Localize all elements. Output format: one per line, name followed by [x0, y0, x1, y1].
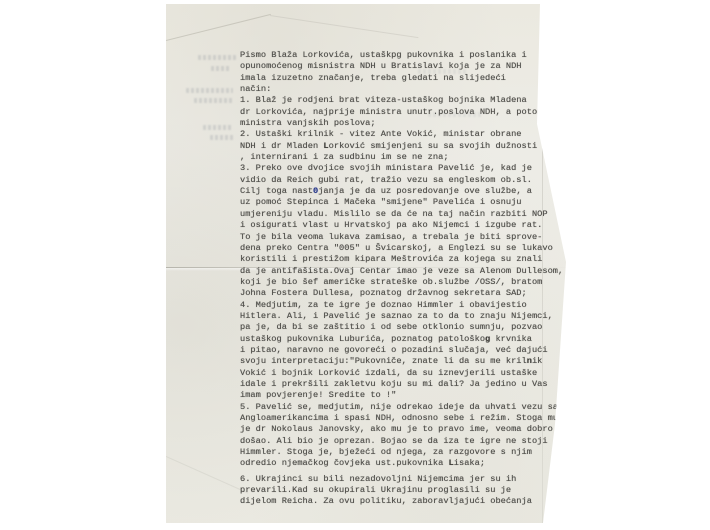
- text-line: svoju interpretaciju:"Pukovniče, znate l…: [240, 356, 567, 367]
- text-line: je dr Nokolaus Janovsky, ako mu je to pr…: [240, 424, 567, 435]
- text-segment: Cilj toga nast: [240, 186, 313, 196]
- text-segment: imam povjerenje! Sredite to !": [240, 390, 396, 400]
- text-segment: janja je da uz posredovanje ove službe, …: [318, 186, 532, 196]
- text-segment: da je antifašista.Ovaj Centar imao je ve…: [240, 266, 563, 276]
- bleed-through-smudge: [211, 66, 231, 71]
- text-segment: ustaškog pukovnika Luburića, poznatog pa…: [240, 334, 485, 344]
- text-line: idale i prekršili zakletvu koju su mi da…: [240, 379, 567, 390]
- text-segment: isaka;: [454, 458, 485, 468]
- bleed-through-smudge: [198, 55, 236, 60]
- text-line: i pitao, naravno ne govoreći o pozadini …: [240, 345, 567, 356]
- text-segment: vidio da Reich gubi rat, tražio vezu sa …: [240, 175, 532, 185]
- text-line: opunomoćenog misnistra NDH u Bratislavi …: [240, 61, 567, 72]
- text-line: Pismo Blaža Lorkovića, ustaškpg pukovnik…: [240, 50, 567, 61]
- text-line: Angloamerikancima i spasi NDH, odnosno s…: [240, 413, 567, 424]
- text-segment: prevarili.Kad su okupirali Ukrajinu prog…: [240, 485, 511, 495]
- text-line: 1. Blaž je rodjeni brat viteza-ustaškog …: [240, 95, 567, 106]
- text-line: 6. Ukrajinci su bili nezadovoljni Nijemc…: [240, 474, 567, 485]
- text-line: koji je bio šef američke strateške ob.sl…: [240, 277, 567, 288]
- text-line: da je antifašista.Ovaj Centar imao je ve…: [240, 266, 567, 277]
- typewritten-text-block: Pismo Blaža Lorkovića, ustaškpg pukovnik…: [240, 50, 567, 508]
- text-segment: Himmler. Stoga je, bježeći od njega, za …: [240, 447, 532, 457]
- text-line: Himmler. Stoga je, bježeći od njega, za …: [240, 447, 567, 458]
- bleed-through-smudge: [194, 98, 234, 103]
- text-line: uz pomoć Stepinca i Mačeka "smijene" Pav…: [240, 197, 567, 208]
- text-segment: dijelom Reicha. Za ovu politiku, zaborav…: [240, 496, 532, 506]
- text-line: Cilj toga nast0janja je da uz posredovan…: [240, 186, 567, 197]
- text-segment: opunomoćenog misnistra NDH u Bratislavi …: [240, 61, 522, 71]
- text-line: dijelom Reicha. Za ovu politiku, zaborav…: [240, 496, 567, 507]
- bleed-through-smudge: [186, 88, 233, 93]
- text-segment: idale i prekršili zakletvu koju su mi da…: [240, 379, 548, 389]
- text-segment: dr Lorkovića, najprije ministra unutr.po…: [240, 107, 542, 117]
- text-line: odredio njemačkog čovjeka ust.pukovnika …: [240, 458, 567, 469]
- text-segment: Vokić i bojnik Lorković izdali, da su iz…: [240, 368, 537, 378]
- text-segment: uz pomoć Stepinca i Mačeka "smijene" Pav…: [240, 197, 522, 207]
- text-line: ustaškog pukovnika Luburića, poznatog pa…: [240, 334, 567, 345]
- bleed-through-smudge: [203, 125, 233, 130]
- bleed-through-smudge: [210, 135, 234, 140]
- text-segment: koji je bio šef američke strateške ob.sl…: [240, 277, 542, 287]
- text-segment: , internirani i za sudbinu im se ne zna;: [240, 152, 449, 162]
- text-segment: i pitao, naravno ne govoreći o pozadini …: [240, 345, 548, 355]
- text-line: dr Lorkovića, najprije ministra unutr.po…: [240, 107, 567, 118]
- diagonal-crease: [270, 15, 419, 38]
- text-line: imala izuzetno značanje, treba gledati n…: [240, 73, 567, 84]
- text-segment: NDH i dr Mladen: [240, 141, 323, 151]
- text-line: Vokić i bojnik Lorković izdali, da su iz…: [240, 368, 567, 379]
- text-line: 2. Ustaški krilnik - vitez Ante Vokić, m…: [240, 129, 567, 140]
- text-segment: imala izuzetno značanje, treba gledati n…: [240, 73, 506, 83]
- text-segment: ik: [532, 356, 542, 366]
- text-line: prevarili.Kad su okupirali Ukrajinu prog…: [240, 485, 567, 496]
- text-segment: način:: [240, 84, 271, 94]
- text-segment: To je bila veoma lukava zamisao, a treba…: [240, 232, 542, 242]
- text-segment: Hitlera. Ali, i Pavelić je saznao za to …: [240, 311, 553, 321]
- diagonal-crease: [166, 14, 271, 41]
- text-segment: 6. Ukrajinci su bili nezadovoljni Nijemc…: [240, 474, 516, 484]
- text-line: , internirani i za sudbinu im se ne zna;: [240, 152, 567, 163]
- text-line: umjereniju vladu. Mislilo se da će na ta…: [240, 209, 567, 220]
- text-line: Hitlera. Ali, i Pavelić je saznao za to …: [240, 311, 567, 322]
- text-segment: pa je, da bi se zaštitio i od sebe otklo…: [240, 322, 542, 332]
- text-line: koristili i prestižom kipara Meštrovića …: [240, 254, 567, 265]
- text-segment: Angloamerikancima i spasi NDH, odnosno s…: [240, 413, 567, 423]
- text-segment: 1. Blaž je rodjeni brat viteza-ustaškog …: [240, 95, 527, 105]
- text-segment: svoju interpretaciju:"Pukovniče, znate l…: [240, 356, 527, 366]
- text-segment: Pismo Blaža Lorkovića, ustaškpg pukovnik…: [240, 50, 527, 60]
- text-line: način:: [240, 84, 567, 95]
- text-line: 3. Preko ove dvojice svojih ministara Pa…: [240, 163, 567, 174]
- paper-sheet: Pismo Blaža Lorkovića, ustaškpg pukovnik…: [166, 4, 567, 523]
- text-segment: ministra vanjskih poslova;: [240, 118, 376, 128]
- text-line: To je bila veoma lukava zamisao, a treba…: [240, 232, 567, 243]
- text-segment: 4. Medjutim, za te igre je doznao Himmle…: [240, 300, 527, 310]
- text-line: Johna Fostera Dullesa, poznatog državnog…: [240, 288, 567, 299]
- text-line: vidio da Reich gubi rat, tražio vezu sa …: [240, 175, 567, 186]
- text-line: ministra vanjskih poslova;: [240, 118, 567, 129]
- text-line: imam povjerenje! Sredite to !": [240, 390, 567, 401]
- document-scan: { "colors": { "background": "#ffffff", "…: [0, 0, 710, 530]
- text-segment: 3. Preko ove dvojice svojih ministara Pa…: [240, 163, 532, 173]
- text-segment: krvnika: [490, 334, 532, 344]
- text-line: i osigurati vlast u Hrvatskoj pa ako Nij…: [240, 220, 567, 231]
- text-line: dena preko Centra "005" u Švicarskoj, a …: [240, 243, 567, 254]
- text-line: 4. Medjutim, za te igre je doznao Himmle…: [240, 300, 567, 311]
- text-segment: koristili i prestižom kipara Meštrovića …: [240, 254, 542, 264]
- diagonal-crease: [166, 456, 248, 494]
- text-segment: 2. Ustaški krilnik - vitez Ante Vokić, m…: [240, 129, 522, 139]
- text-line: došao. Ali bio je oprezan. Bojao se da i…: [240, 436, 567, 447]
- text-segment: 5. Pavelić se, medjutim, nije odrekao id…: [240, 402, 558, 412]
- text-segment: orković smijenjeni su sa svojih dužnosti: [329, 141, 538, 151]
- text-line: pa je, da bi se zaštitio i od sebe otklo…: [240, 322, 567, 333]
- text-segment: je dr Nokolaus Janovsky, ako mu je to pr…: [240, 424, 553, 434]
- text-segment: došao. Ali bio je oprezan. Bojao se da i…: [240, 436, 548, 446]
- text-line: 5. Pavelić se, medjutim, nije odrekao id…: [240, 402, 567, 413]
- text-segment: i osigurati vlast u Hrvatskoj pa ako Nij…: [240, 220, 542, 230]
- text-line: NDH i dr Mladen Lorković smijenjeni su s…: [240, 141, 567, 152]
- text-segment: Johna Fostera Dullesa, poznatog državnog…: [240, 288, 527, 298]
- text-segment: dena preko Centra "005" u Švicarskoj, a …: [240, 243, 553, 253]
- text-segment: umjereniju vladu. Mislilo se da će na ta…: [240, 209, 548, 219]
- text-segment: odredio njemačkog čovjeka ust.pukovnika: [240, 458, 449, 468]
